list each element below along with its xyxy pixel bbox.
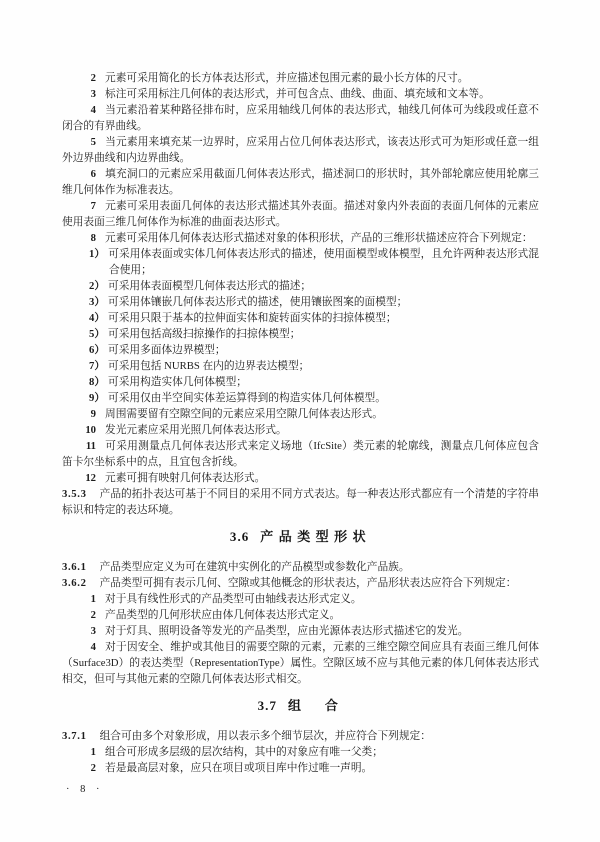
clause-paragraph: 3.6.2产品类型可拥有表示几何、空隙或其他概念的形状表达，产品形状表达应符合下… (62, 575, 539, 591)
list-item: 9周围需要留有空隙空间的元素应采用空隙几何体表达形式。 (62, 406, 539, 422)
section-number: 3.6 (230, 529, 249, 544)
item-number: 12 (83, 470, 96, 486)
paragraph-text: 可采用构造实体几何体模型； (108, 376, 247, 388)
paragraph-text: 可采用包括 NURBS 在内的边界表达模型； (108, 360, 309, 372)
clause-paragraph: 3.5.3产品的拓扑表达可基于不同目的采用不同方式表达。每一种表达形式都应有一个… (62, 486, 539, 518)
paragraph-text: 产品类型可拥有表示几何、空隙或其他概念的形状表达，产品形状表达应符合下列规定： (100, 577, 517, 589)
list-subitem: 8）可采用构造实体几何体模型； (62, 374, 539, 390)
list-subitem: 1）可采用体表面或实体几何体表达形式的描述，使用面模型或体模型，且允许两种表达形… (62, 246, 539, 278)
item-number: 3.5.3 (62, 488, 87, 500)
item-number: 3 (83, 623, 96, 639)
item-number: 3.7.1 (62, 730, 87, 742)
list-item: 6填充洞口的元素应采用截面几何体表达形式，描述洞口的形状时，其外部轮廓应使用轮廓… (62, 166, 539, 198)
paragraph-text: 产品类型应定义为可在建筑中实例化的产品模型或参数化产品族。 (100, 561, 410, 573)
clause-paragraph: 3.7.1组合可由多个对象形成，用以表示多个细节层次，并应符合下列规定： (62, 728, 539, 744)
paragraph-text: 可采用测量点几何体表达形式来定义场地（IfcSite）类元素的轮廓线，测量点几何… (62, 440, 539, 468)
paragraph-text: 若是最高层对象，应只在项目或项目库中作过唯一声明。 (105, 762, 372, 774)
item-number: 4 (83, 639, 96, 655)
list-item: 2元素可采用简化的长方体表达形式，并应描述包围元素的最小长方体的尺寸。 (62, 70, 539, 86)
item-number: 4） (89, 312, 105, 324)
paragraph-text: 填充洞口的元素应采用截面几何体表达形式，描述洞口的形状时，其外部轮廓应使用轮廓三… (62, 168, 539, 196)
list-subitem: 5）可采用包括高级扫掠操作的扫掠体模型； (62, 326, 539, 342)
item-number: 7） (89, 360, 105, 372)
paragraph-text: 组合可形成多层级的层次结构，其中的对象应有唯一父类； (105, 746, 383, 758)
paragraph-text: 可采用只限于基本的拉伸面实体和旋转面实体的扫掠体模型； (108, 312, 397, 324)
paragraph-text: 可采用体表面模型几何体表达形式的描述； (108, 280, 311, 292)
list-item: 3标注可采用标注几何体的表达形式，并可包含点、曲线、曲面、填充域和文本等。 (62, 86, 539, 102)
paragraph-text: 可采用体表面或实体几何体表达形式的描述，使用面模型或体模型，且允许两种表达形式混… (108, 248, 539, 276)
document-page: 2元素可采用简化的长方体表达形式，并应描述包围元素的最小长方体的尺寸。3标注可采… (0, 0, 600, 842)
list-item: 1对于具有线性形式的产品类型可由轴线表达形式定义。 (62, 591, 539, 607)
item-number: 9 (83, 406, 96, 422)
item-number: 5 (83, 134, 96, 150)
paragraph-text: 元素可采用简化的长方体表达形式，并应描述包围元素的最小长方体的尺寸。 (105, 72, 468, 84)
clause-paragraph: 3.6.1产品类型应定义为可在建筑中实例化的产品模型或参数化产品族。 (62, 559, 539, 575)
paragraph-text: 产品类型的几何形状应由体几何体表达形式定义。 (105, 609, 340, 621)
item-number: 3.6.1 (62, 561, 87, 573)
list-item: 10发光元素应采用光照几何体表达形式。 (62, 422, 539, 438)
paragraph-text: 元素可拥有映射几何体表达形式。 (105, 472, 265, 484)
item-number: 3.6.2 (62, 577, 87, 589)
item-number: 11 (83, 438, 96, 454)
paragraph-text: 周围需要留有空隙空间的元素应采用空隙几何体表达形式。 (105, 408, 383, 420)
item-number: 9） (89, 392, 105, 404)
section-heading: 3.6产品类型形状 (62, 528, 539, 546)
paragraph-text: 当元素沿着某种路径排布时，应采用轴线几何体的表达形式，轴线几何体可为线段或任意不… (62, 104, 539, 132)
list-subitem: 7）可采用包括 NURBS 在内的边界表达模型； (62, 358, 539, 374)
list-item: 1组合可形成多层级的层次结构，其中的对象应有唯一父类； (62, 744, 539, 760)
item-number: 1 (83, 744, 96, 760)
section-title: 产品类型形状 (260, 529, 371, 544)
item-number: 8） (89, 376, 105, 388)
list-item: 11可采用测量点几何体表达形式来定义场地（IfcSite）类元素的轮廓线，测量点… (62, 438, 539, 470)
item-number: 6 (83, 166, 96, 182)
paragraph-text: 对于因安全、维护或其他目的需要空隙的元素，元素的三维空隙空间应具有表面三维几何体… (62, 641, 539, 685)
item-number: 2 (83, 760, 96, 776)
item-number: 5） (89, 328, 105, 340)
item-number: 1） (89, 248, 105, 260)
list-subitem: 6）可采用多面体边界模型； (62, 342, 539, 358)
section-number: 3.7 (258, 698, 277, 713)
paragraph-text: 对于灯具、照明设备等发光的产品类型，应由光源体表达形式描述它的发光。 (105, 625, 468, 637)
item-number: 3 (83, 86, 96, 102)
paragraph-text: 产品的拓扑表达可基于不同目的采用不同方式表达。每一种表达形式都应有一个清楚的字符… (62, 488, 539, 516)
section-heading: 3.7组 合 (62, 697, 539, 715)
list-item: 5当元素用来填充某一边界时，应采用占位几何体表达形式，该表达形式可为矩形或任意一… (62, 134, 539, 166)
item-number: 8 (83, 230, 96, 246)
item-number: 2） (89, 280, 105, 292)
paragraph-text: 可采用包括高级扫掠操作的扫掠体模型； (108, 328, 300, 340)
document-body: 2元素可采用简化的长方体表达形式，并应描述包围元素的最小长方体的尺寸。3标注可采… (62, 70, 539, 776)
paragraph-text: 元素可采用表面几何体的表达形式描述其外表面。描述对象内外表面的表面几何体的元素应… (62, 200, 539, 228)
paragraph-text: 可采用多面体边界模型； (108, 344, 226, 356)
list-item: 2产品类型的几何形状应由体几何体表达形式定义。 (62, 607, 539, 623)
page-number: · 8 · (66, 784, 104, 795)
item-number: 10 (83, 422, 96, 438)
item-number: 3） (89, 296, 105, 308)
list-subitem: 4）可采用只限于基本的拉伸面实体和旋转面实体的扫掠体模型； (62, 310, 539, 326)
list-item: 12元素可拥有映射几何体表达形式。 (62, 470, 539, 486)
list-item: 4对于因安全、维护或其他目的需要空隙的元素，元素的三维空隙空间应具有表面三维几何… (62, 639, 539, 687)
list-item: 8元素可采用体几何体表达形式描述对象的体积形状，产品的三维形状描述应符合下列规定… (62, 230, 539, 246)
list-item: 3对于灯具、照明设备等发光的产品类型，应由光源体表达形式描述它的发光。 (62, 623, 539, 639)
item-number: 1 (83, 591, 96, 607)
list-item: 7元素可采用表面几何体的表达形式描述其外表面。描述对象内外表面的表面几何体的元素… (62, 198, 539, 230)
paragraph-text: 发光元素应采用光照几何体表达形式。 (105, 424, 287, 436)
list-subitem: 2）可采用体表面模型几何体表达形式的描述； (62, 278, 539, 294)
paragraph-text: 对于具有线性形式的产品类型可由轴线表达形式定义。 (105, 593, 362, 605)
list-subitem: 3）可采用体镶嵌几何体表达形式的描述，使用镶嵌图案的面模型； (62, 294, 539, 310)
list-subitem: 9）可采用仅由半空间实体差运算得到的构造实体几何体模型。 (62, 390, 539, 406)
page-footer: · 8 · (66, 784, 104, 795)
item-number: 2 (83, 70, 96, 86)
item-number: 7 (83, 198, 96, 214)
paragraph-text: 元素可采用体几何体表达形式描述对象的体积形状，产品的三维形状描述应符合下列规定： (105, 232, 533, 244)
paragraph-text: 当元素用来填充某一边界时，应采用占位几何体表达形式，该表达形式可为矩形或任意一组… (62, 136, 539, 164)
item-number: 4 (83, 102, 96, 118)
list-item: 4当元素沿着某种路径排布时，应采用轴线几何体的表达形式，轴线几何体可为线段或任意… (62, 102, 539, 134)
paragraph-text: 标注可采用标注几何体的表达形式，并可包含点、曲线、曲面、填充域和文本等。 (105, 88, 490, 100)
section-title: 组 合 (288, 698, 343, 713)
paragraph-text: 可采用仅由半空间实体差运算得到的构造实体几何体模型。 (108, 392, 386, 404)
list-item: 2若是最高层对象，应只在项目或项目库中作过唯一声明。 (62, 760, 539, 776)
item-number: 6） (89, 344, 105, 356)
paragraph-text: 组合可由多个对象形成，用以表示多个细节层次，并应符合下列规定： (100, 730, 431, 742)
paragraph-text: 可采用体镶嵌几何体表达形式的描述，使用镶嵌图案的面模型； (108, 296, 407, 308)
item-number: 2 (83, 607, 96, 623)
